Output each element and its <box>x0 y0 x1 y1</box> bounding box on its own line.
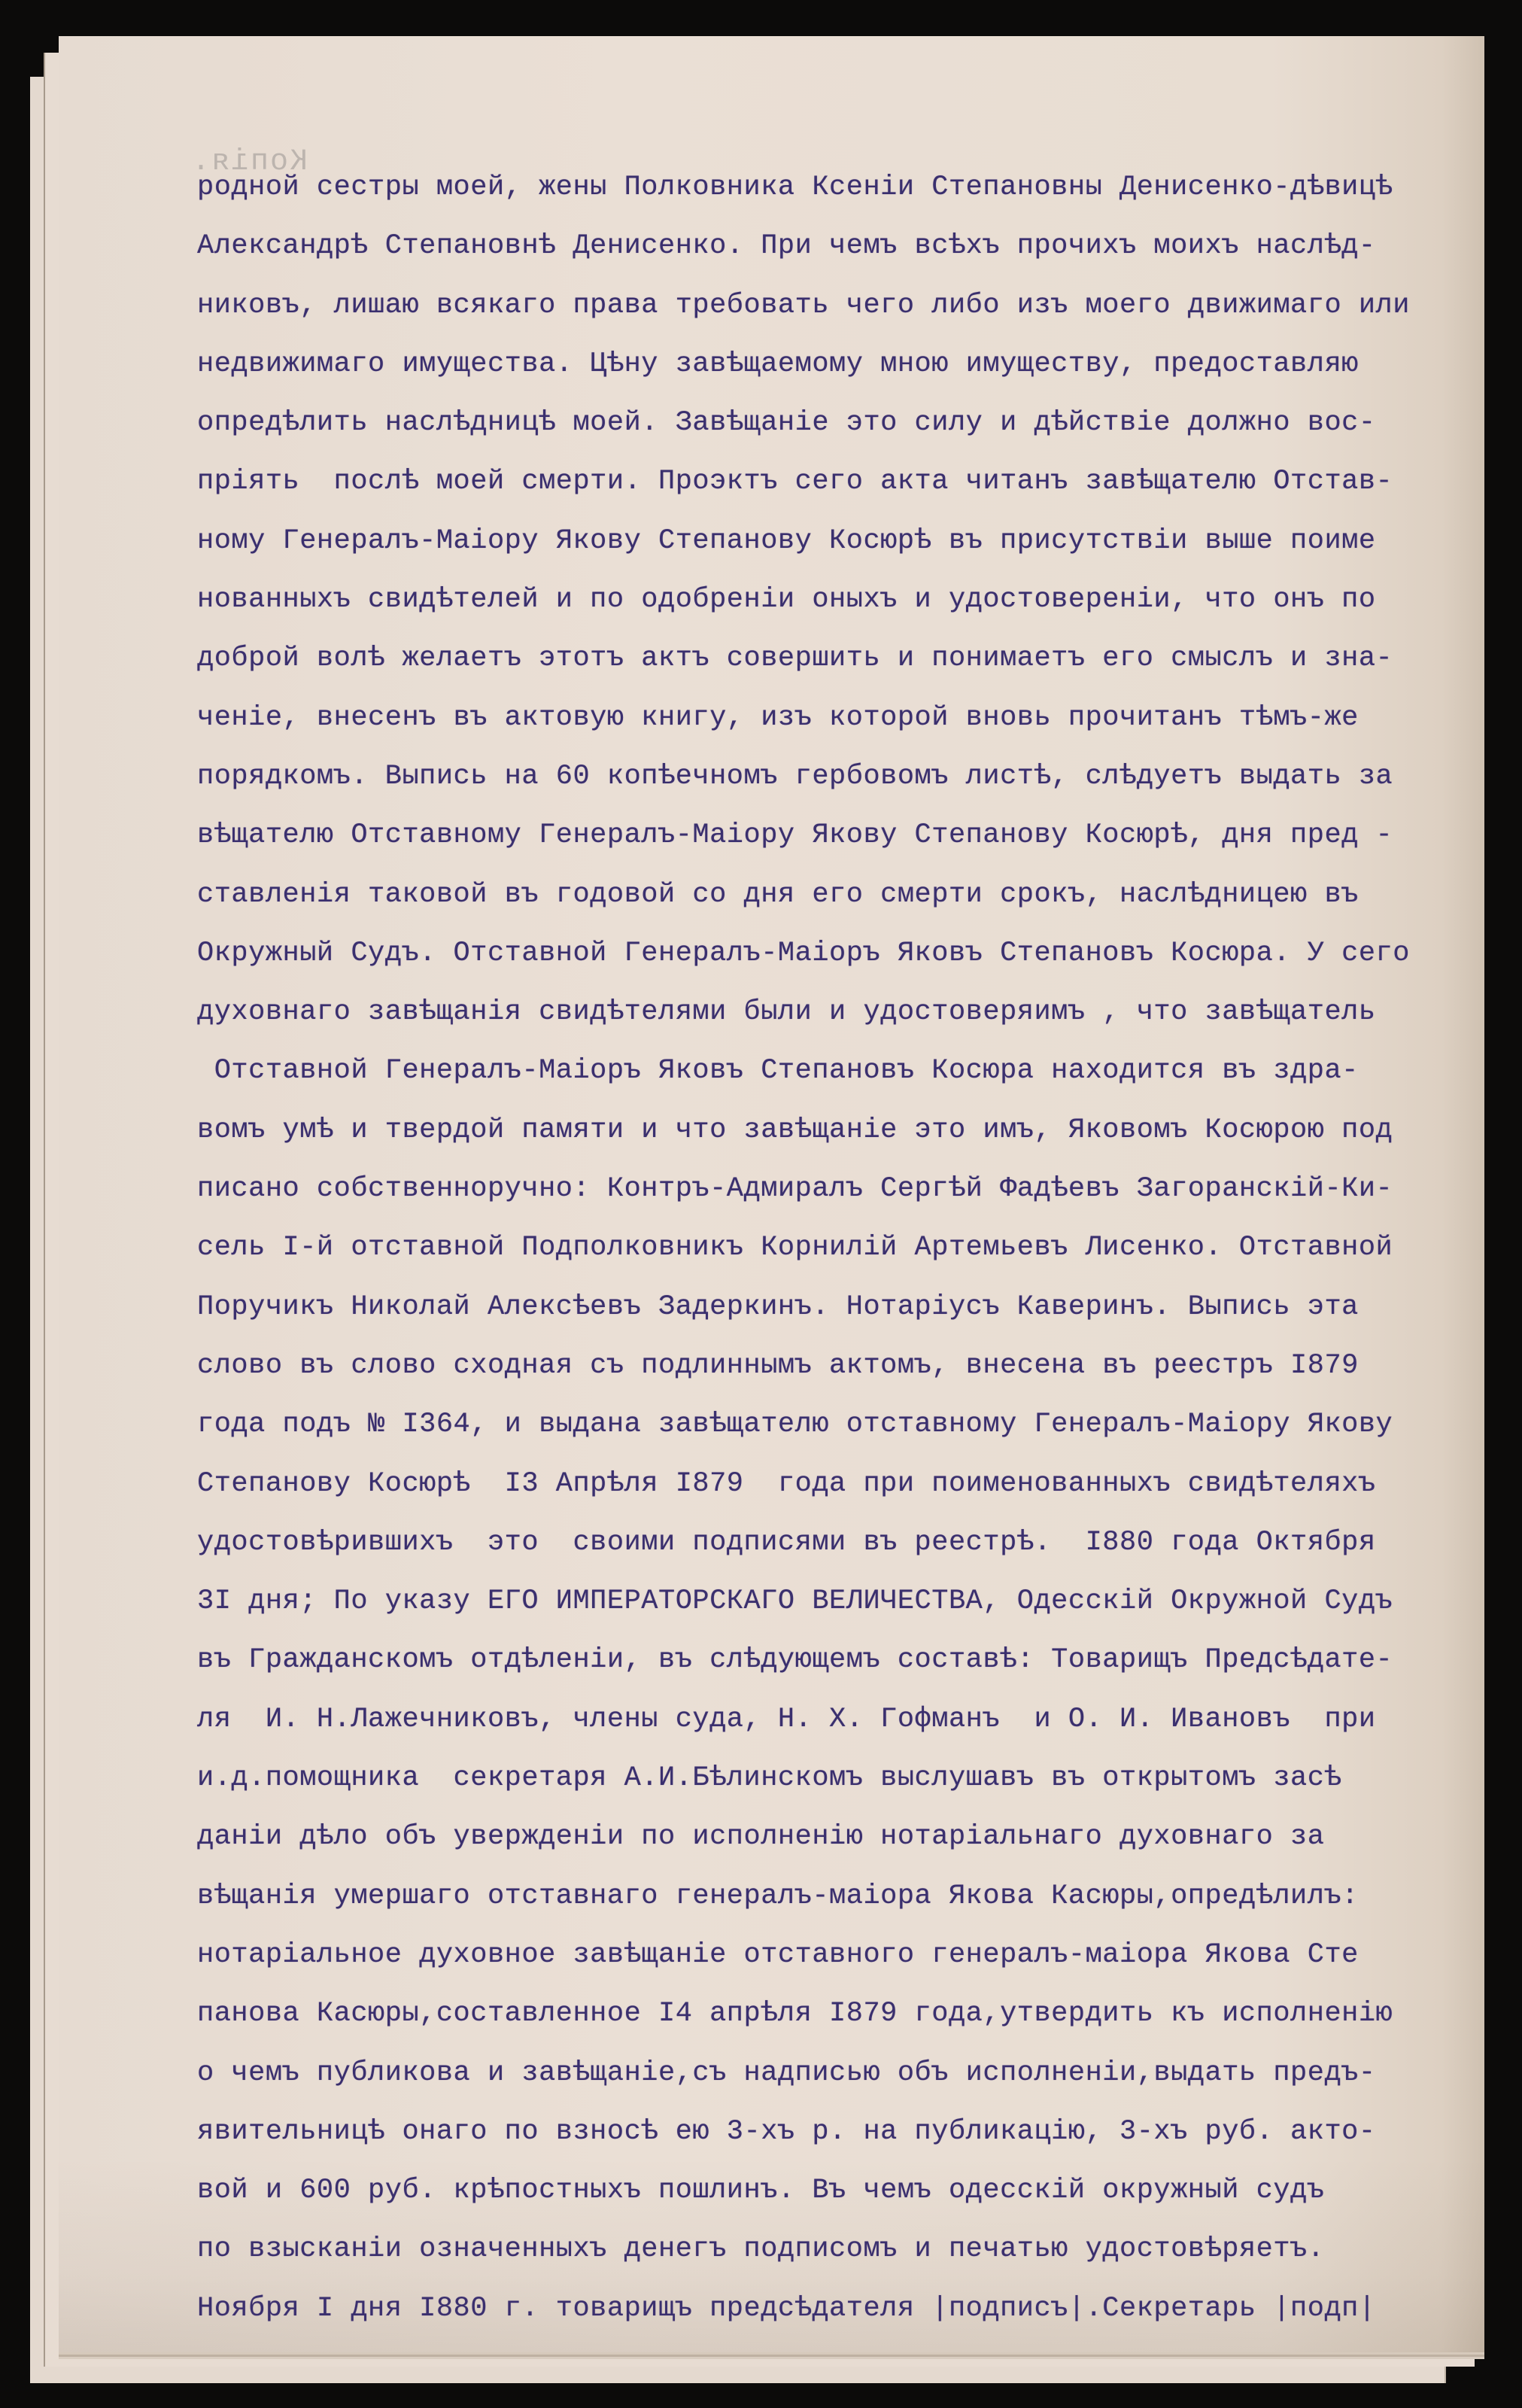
typewritten-body: родной сестры моей, жены Полковника Ксен… <box>197 158 1476 2338</box>
text-line-21: слово въ слово сходная съ подлиннымъ акт… <box>197 1336 1476 1395</box>
text-line-22: года подъ № І364, и выдана завѣщателю от… <box>197 1395 1476 1454</box>
text-line-37: Ноября І дня І880 г. товарищъ предсѣдате… <box>197 2279 1476 2338</box>
text-line-23: Степанову Косюрѣ І3 Апрѣля І879 года при… <box>197 1455 1476 1513</box>
text-line-25: 3І дня; По указу ЕГО ИМПЕРАТОРСКАГО ВЕЛИ… <box>197 1572 1476 1631</box>
text-line-20: Поручикъ Николай Алексѣевъ Задеркинъ. Но… <box>197 1278 1476 1336</box>
text-line-35: вой и 600 руб. крѣпостныхъ пошлинъ. Въ ч… <box>197 2161 1476 2220</box>
text-line-28: и.д.помощника секретаря А.И.Бѣлинскомъ в… <box>197 1749 1476 1808</box>
text-line-33: о чемъ публикова и завѣщаніе,съ надписью… <box>197 2044 1476 2102</box>
text-line-15: духовнаго завѣщанія свидѣтелями были и у… <box>197 983 1476 1041</box>
text-line-13: ставленія таковой въ годовой со дня его … <box>197 865 1476 924</box>
text-line-30: вѣщанія умершаго отставнаго генералъ-маі… <box>197 1867 1476 1926</box>
text-line-2: Александрѣ Степановнѣ Денисенко. При чем… <box>197 217 1476 275</box>
text-line-32: панова Касюры,составленное І4 апрѣля І87… <box>197 1984 1476 2043</box>
text-line-3: никовъ, лишаю всякаго права требовать че… <box>197 276 1476 335</box>
text-line-5: опредѣлить наслѣдницѣ моей. Завѣщаніе эт… <box>197 394 1476 452</box>
text-line-17: вомъ умѣ и твердой памяти и что завѣщані… <box>197 1101 1476 1160</box>
text-line-6: пріять послѣ моей смерти. Проэктъ сего а… <box>197 452 1476 511</box>
text-line-29: даніи дѣло объ увержденіи по исполненію … <box>197 1808 1476 1866</box>
text-line-12: вѣщателю Отставному Генералъ-Маіору Яков… <box>197 806 1476 865</box>
text-line-31: нотаріальное духовное завѣщаніе отставно… <box>197 1926 1476 1984</box>
text-line-1: родной сестры моей, жены Полковника Ксен… <box>197 158 1476 217</box>
text-line-9: доброй волѣ желаетъ этотъ актъ совершить… <box>197 629 1476 688</box>
text-line-27: ля И. Н.Лажечниковъ, члены суда, Н. Х. Г… <box>197 1690 1476 1749</box>
text-line-11: порядкомъ. Выпись на 60 копѣечномъ гербо… <box>197 747 1476 806</box>
text-line-16: Отставной Генералъ-Маіоръ Яковъ Степанов… <box>197 1041 1476 1100</box>
text-line-24: удостовѣрившихъ это своими подписями въ … <box>197 1513 1476 1572</box>
text-line-26: въ Гражданскомъ отдѣленіи, въ слѣдующемъ… <box>197 1631 1476 1689</box>
text-line-34: явительницѣ онаго по взносѣ ею 3-хъ р. н… <box>197 2102 1476 2161</box>
text-line-18: писано собственноручно: Контръ-Адмиралъ … <box>197 1160 1476 1218</box>
text-line-7: ному Генералъ-Маіору Якову Степанову Кос… <box>197 512 1476 570</box>
text-line-8: нованныхъ свидѣтелей и по одобреніи оных… <box>197 570 1476 629</box>
text-line-4: недвижимаго имущества. Цѣну завѣщаемому … <box>197 335 1476 394</box>
text-line-36: по взысканіи означенныхъ денегъ подписом… <box>197 2220 1476 2279</box>
text-line-10: ченіе, внесенъ въ актовую книгу, изъ кот… <box>197 689 1476 747</box>
text-line-19: сель І-й отставной Подполковникъ Корнилі… <box>197 1218 1476 1277</box>
text-line-14: Окружный Судъ. Отставной Генералъ-Маіоръ… <box>197 924 1476 983</box>
